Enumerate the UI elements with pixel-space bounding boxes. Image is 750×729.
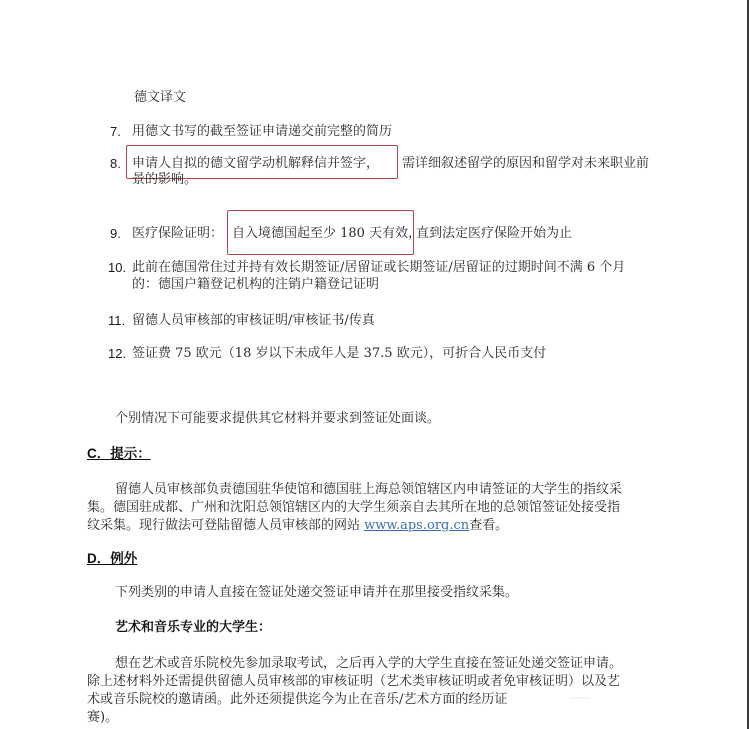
item-10-number: 10. — [108, 260, 126, 276]
section-d-intro: 下列类别的申请人直接在签证处递交签证申请并在那里接受指纹采集。 — [115, 585, 518, 601]
item-9-number: 9. — [110, 226, 121, 242]
section-c-heading: C．提示： — [87, 446, 151, 462]
item-11-text: 留德人员审核部的审核证明/审核证书/传真 — [132, 313, 375, 329]
section-c-line-3-text: 纹采集。现行做法可登陆留德人员审核部的网站 — [87, 518, 364, 533]
section-c-after-link: 查看。 — [469, 518, 508, 533]
item-10-text-cont: 的：德国户籍登记机构的注销户籍登记证明 — [132, 277, 379, 293]
item-8-highlighted: 申请人自拟的德文留学动机解释信并签字， — [132, 156, 379, 172]
intro-line: 德文译文 — [134, 90, 186, 106]
watermark: ······· — [570, 694, 590, 704]
item-12-number: 12. — [108, 346, 126, 362]
item-8-text: 需详细叙述留学的原因和留学对未来职业前 — [402, 156, 649, 172]
section-c-line-2: 集。德国驻成都、广州和沈阳总领馆辖区内的大学生须亲自去其所在地的总领馆签证处接受… — [87, 500, 620, 516]
item-7-number: 7. — [110, 124, 121, 140]
item-8-number: 8. — [110, 156, 121, 172]
section-d-line-3: 术或音乐院校的邀请函。此外还须提供迄今为止在音乐/艺术方面的经历证 — [87, 692, 507, 708]
item-8-text-cont: 景的影响。 — [132, 172, 197, 188]
item-9-text: 直到法定医疗保险开始为止 — [416, 226, 572, 242]
aps-website-link[interactable]: www.aps.org.cn — [364, 518, 469, 533]
item-11-number: 11. — [108, 313, 125, 329]
section-d-heading: D．例外 — [87, 551, 137, 567]
item-9-prefix: 医疗保险证明： — [132, 226, 223, 242]
document-page: 德文译文 7. 用德文书写的截至签证申请递交前完整的简历 8. 申请人自拟的德文… — [0, 0, 750, 729]
section-d-line-1: 想在艺术或音乐院校先参加录取考试，之后再入学的大学生直接在签证处递交签证申请。 — [115, 656, 622, 672]
item-12-text: 签证费 75 欧元（18 岁以下未成年人是 37.5 欧元），可折合人民币支付 — [132, 346, 546, 362]
section-c-line-3: 纹采集。现行做法可登陆留德人员审核部的网站 www.aps.org.cn查看。 — [87, 518, 508, 534]
item-7-text: 用德文书写的截至签证申请递交前完整的简历 — [132, 124, 392, 140]
item-10-text: 此前在德国常住过并持有效长期签证/居留证或长期签证/居留证的过期时间不满 6 个… — [132, 260, 625, 276]
item-9-highlighted: 自入境德国起至少 180 天有效， — [232, 226, 421, 242]
page-border — [747, 0, 749, 729]
section-d-line-4: 赛)。 — [87, 710, 118, 726]
section-c-line-1: 留德人员审核部负责德国驻华使馆和德国驻上海总领馆辖区内申请签证的大学生的指纹采 — [115, 482, 622, 498]
note-text: 个别情况下可能要求提供其它材料并要求到签证处面谈。 — [115, 411, 440, 427]
section-d-line-2: 除上述材料外还需提供留德人员审核部的审核证明（艺术类审核证明或者免审核证明）以及… — [87, 674, 620, 690]
section-d-subheading: 艺术和音乐专业的大学生： — [115, 620, 271, 636]
